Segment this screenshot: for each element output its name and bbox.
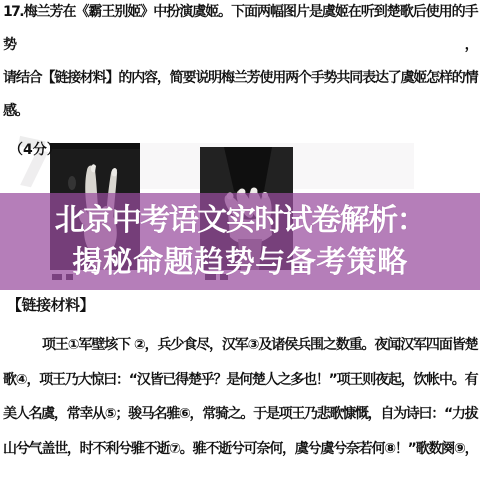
- headline-line-1: 北京中考语文实时试卷解析：: [55, 200, 426, 242]
- material-line: 项王①军壁垓下 ②，兵少食尽，汉军③及诸侯兵围之数重。夜闻汉军四面皆楚: [3, 328, 477, 363]
- material-line: 歌④，项王乃大惊曰：“汉皆已得楚乎？是何楚人之多也！”项王则夜起，饮帐中。有: [3, 363, 477, 398]
- material-line: 山兮气盖世，时不利兮骓不逝⑦。骓不逝兮可奈何，虞兮虞兮奈若何⑧！”歌数阕⑨，: [3, 432, 477, 467]
- linked-material-block: 【链接材料】 项王①军壁垓下 ②，兵少食尽，汉军③及诸侯兵围之数重。夜闻汉军四面…: [3, 289, 477, 466]
- exam-article-screenshot: 17.梅兰芳在《霸王别姬》中扮演虞姬。下面两幅图片是虞姬在听到楚歌后使用的手势，…: [0, 0, 480, 480]
- question-score: （4分）: [9, 134, 477, 167]
- question-line: 17.梅兰芳在《霸王别姬》中扮演虞姬。下面两幅图片是虞姬在听到楚歌后使用的手势，: [3, 0, 477, 62]
- question-line: 请结合【链接材料】的内容，简要说明梅兰芳使用两个手势共同表达了虞姬怎样的情: [3, 62, 477, 95]
- headline-line-2: 揭秘命题趋势与备考策略: [72, 242, 408, 284]
- question-block: 17.梅兰芳在《霸王别姬》中扮演虞姬。下面两幅图片是虞姬在听到楚歌后使用的手势，…: [3, 0, 477, 167]
- material-line: 美人名虞，常幸从⑤；骏马名骓⑥，常骑之。于是项王乃悲歌慷慨，自为诗曰：“力拔: [3, 397, 477, 432]
- question-line: 感。: [3, 95, 477, 128]
- headline-banner: 北京中考语文实时试卷解析： 揭秘命题趋势与备考策略: [0, 193, 480, 290]
- linked-material-header: 【链接材料】: [7, 295, 477, 315]
